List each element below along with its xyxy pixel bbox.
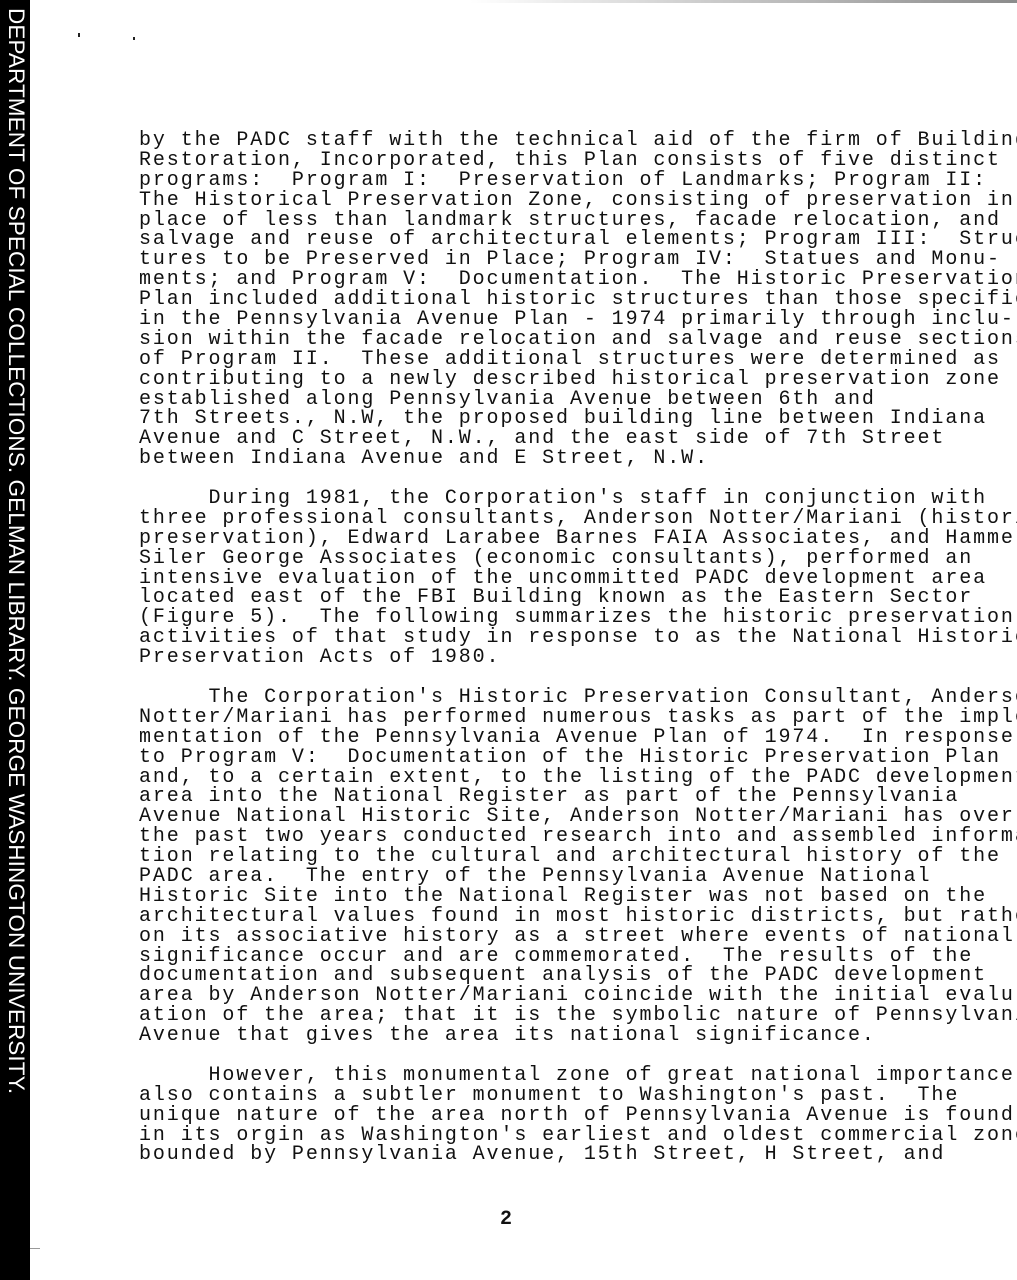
text-line: also contains a subtler monument to Wash… <box>139 1086 999 1106</box>
text-line: bounded by Pennsylvania Avenue, 15th Str… <box>139 1145 999 1165</box>
text-line: Avenue that gives the area its national … <box>139 1026 999 1046</box>
archive-side-strip: DEPARTMENT OF SPECIAL COLLECTIONS. GELMA… <box>0 0 30 1280</box>
text-line: mentation of the Pennsylvania Avenue Pla… <box>139 728 999 748</box>
text-line: by the PADC staff with the technical aid… <box>139 131 999 151</box>
text-line: Siler George Associates (economic consul… <box>139 549 999 569</box>
text-line: Historic Site into the National Register… <box>139 887 999 907</box>
text-line: Restoration, Incorporated, this Plan con… <box>139 151 999 171</box>
paragraph: The Corporation's Historic Preservation … <box>139 688 999 1046</box>
paragraph: During 1981, the Corporation's staff in … <box>139 489 999 668</box>
archive-stamp: DEPARTMENT OF SPECIAL COLLECTIONS. GELMA… <box>2 6 30 1094</box>
paragraph: by the PADC staff with the technical aid… <box>139 131 999 469</box>
paragraph: However, this monumental zone of great n… <box>139 1066 999 1165</box>
document-body: by the PADC staff with the technical aid… <box>139 131 999 1185</box>
margin-mark <box>30 1248 40 1249</box>
text-line: on its associative history as a street w… <box>139 927 999 947</box>
text-line: Preservation Acts of 1980. <box>139 648 999 668</box>
text-line: three professional consultants, Anderson… <box>139 509 999 529</box>
text-line: contributing to a newly described histor… <box>139 370 999 390</box>
text-line: The Historical Preservation Zone, consis… <box>139 191 999 211</box>
text-line: unique nature of the area north of Penns… <box>139 1106 999 1126</box>
text-line: However, this monumental zone of great n… <box>139 1066 999 1086</box>
text-line: between Indiana Avenue and E Street, N.W… <box>139 449 999 469</box>
text-line: programs: Program I: Preservation of Lan… <box>139 171 999 191</box>
text-line: preservation), Edward Larabee Barnes FAI… <box>139 529 999 549</box>
text-line: The Corporation's Historic Preservation … <box>139 688 999 708</box>
text-line: sion within the facade relocation and sa… <box>139 330 999 350</box>
text-line: Notter/Mariani has performed numerous ta… <box>139 708 999 728</box>
text-line: During 1981, the Corporation's staff in … <box>139 489 999 509</box>
scan-speck <box>78 33 80 37</box>
text-line: tion relating to the cultural and archit… <box>139 847 999 867</box>
text-line: to Program V: Documentation of the Histo… <box>139 748 999 768</box>
text-line: PADC area. The entry of the Pennsylvania… <box>139 867 999 887</box>
text-line: architectural values found in most histo… <box>139 907 999 927</box>
page-number: 2 <box>500 1208 512 1231</box>
scan-edge-artifact <box>470 0 1017 3</box>
text-line: in the Pennsylvania Avenue Plan - 1974 p… <box>139 310 999 330</box>
scan-speck <box>133 37 135 40</box>
text-line: of Program II. These additional structur… <box>139 350 999 370</box>
